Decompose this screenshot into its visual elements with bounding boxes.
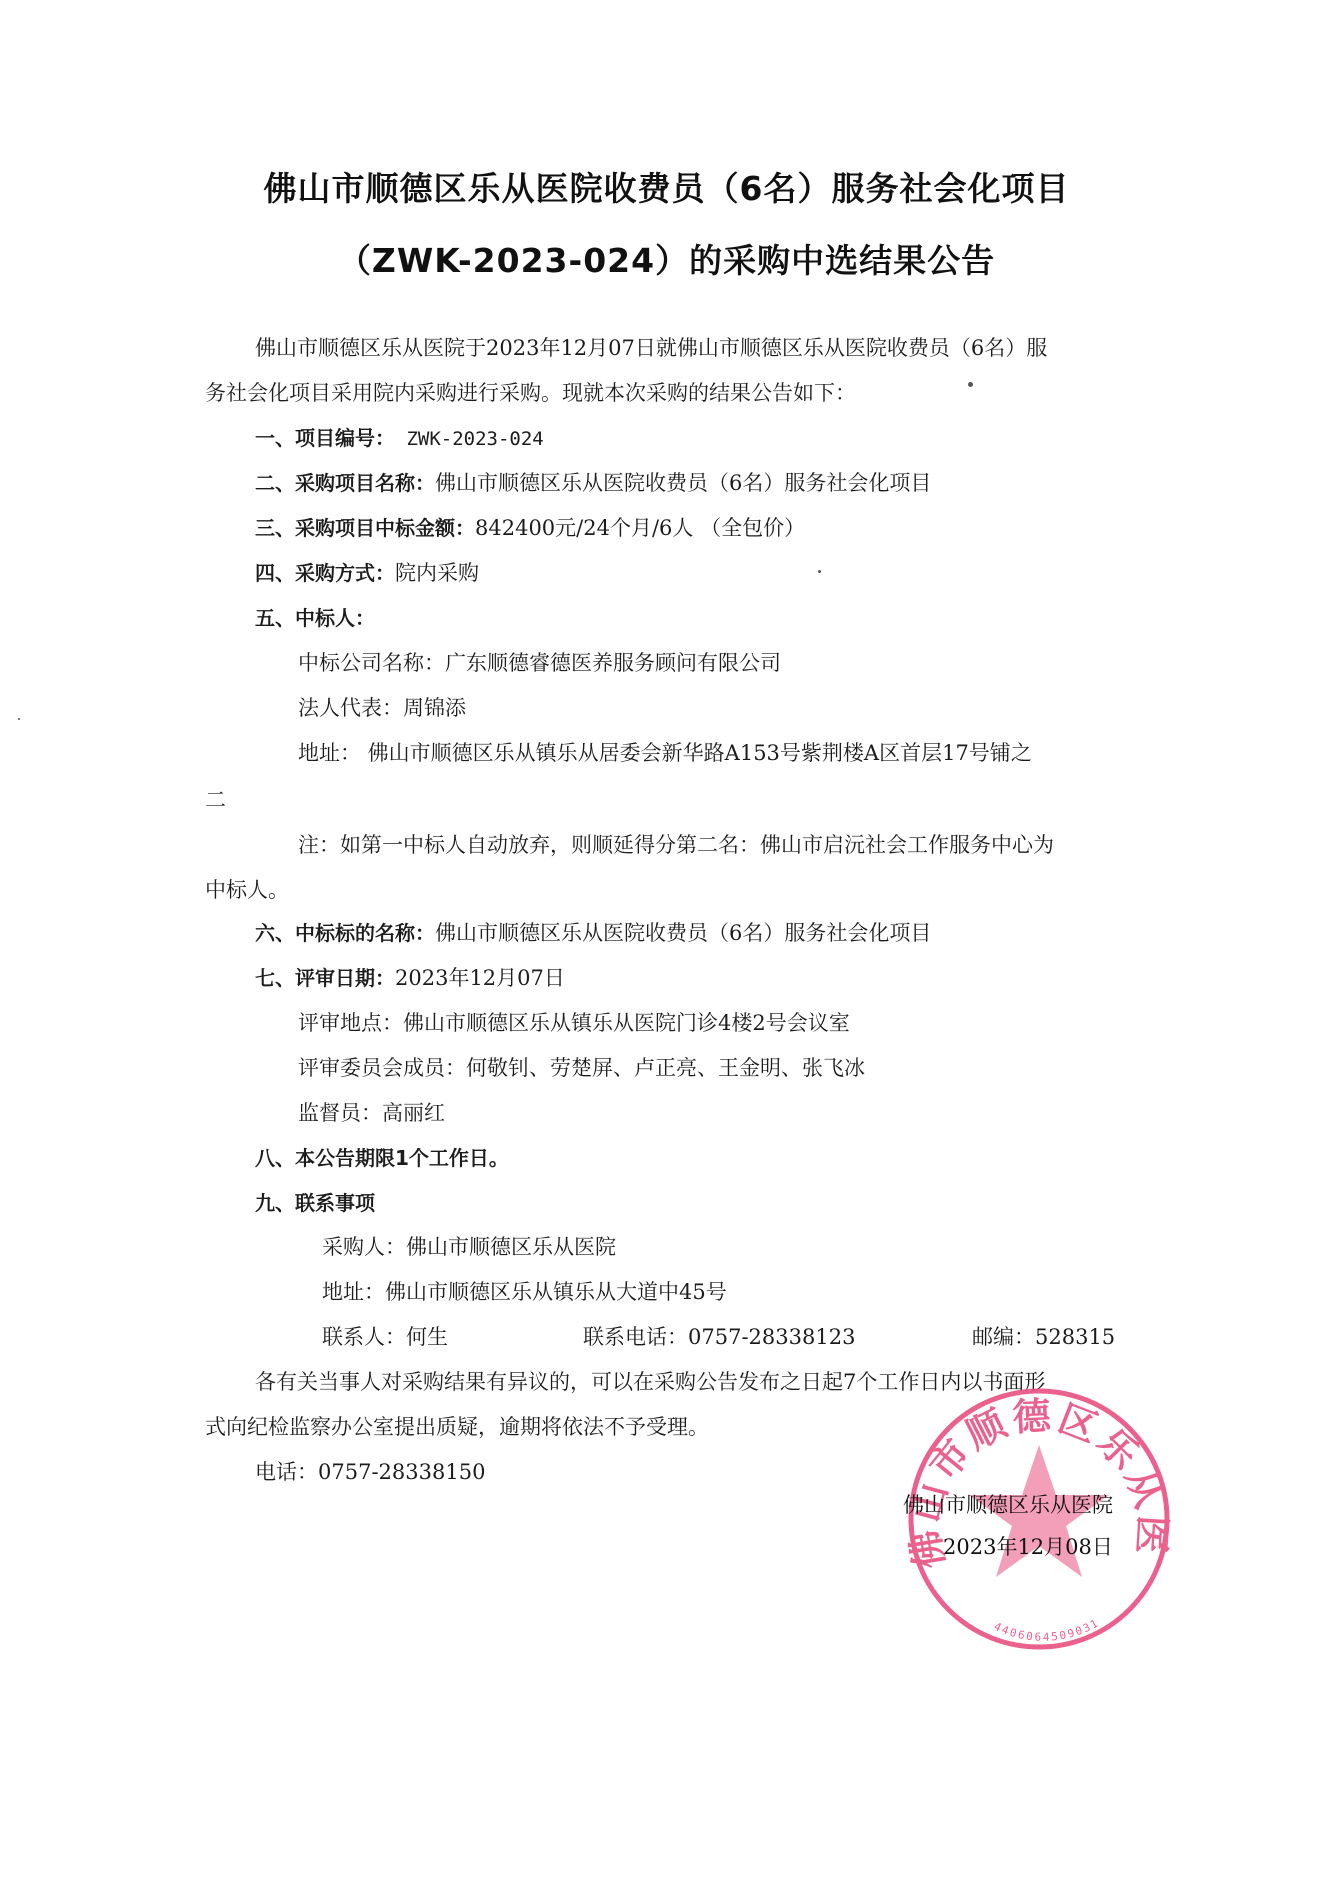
section-project-number: 一、项目编号： ZWK-2023-024 [255, 423, 544, 454]
project-name: 佛山市顺德区乐从医院收费员（6名）服务社会化项目 [435, 471, 931, 495]
scan-speck [18, 718, 20, 720]
section-label: 五、中标人： [255, 606, 375, 630]
section-notice-period: 八、本公告期限1个工作日。 [255, 1143, 509, 1173]
contact-phone: 联系电话：0757-28338123 [583, 1322, 855, 1352]
section-label: 六、中标标的名称： [255, 921, 435, 945]
complaint-phone: 电话：0757-28338150 [255, 1457, 485, 1487]
review-committee: 评审委员会成员：何敬钊、劳楚屏、卢正亮、王金明、张飞冰 [298, 1053, 865, 1083]
award-amount: 842400元/24个月/6人 （全包价） [475, 516, 805, 540]
section-winner: 五、中标人： [255, 603, 375, 633]
winner-address-line2: 二 [205, 785, 226, 815]
contact-address: 地址：佛山市顺德区乐从镇乐从大道中45号 [322, 1277, 727, 1307]
note-line2: 中标人。 [205, 875, 289, 905]
review-date: 2023年12月07日 [395, 966, 565, 990]
review-supervisor: 监督员：高丽红 [298, 1098, 445, 1128]
award-subject: 佛山市顺德区乐从医院收费员（6名）服务社会化项目 [435, 921, 931, 945]
section-label: 八、本公告期限1个工作日。 [255, 1146, 509, 1170]
winner-company: 中标公司名称：广东顺德睿德医养服务顾问有限公司 [298, 648, 781, 678]
scan-speck [818, 570, 821, 573]
signature-date: 2023年12月08日 [943, 1532, 1113, 1562]
section-review-date: 七、评审日期：2023年12月07日 [255, 963, 565, 993]
section-label: 九、联系事项 [255, 1191, 375, 1215]
contact-person: 联系人：何生 [322, 1322, 448, 1352]
signature-org: 佛山市顺德区乐从医院 [903, 1490, 1113, 1520]
section-procurement-method: 四、采购方式：院内采购 [255, 558, 479, 588]
winner-address-line1: 地址： 佛山市顺德区乐从镇乐从居委会新华路A153号紫荆楼A区首层17号铺之 [298, 738, 1032, 768]
section-project-name: 二、采购项目名称：佛山市顺德区乐从医院收费员（6名）服务社会化项目 [255, 468, 931, 498]
scan-speck [968, 382, 973, 387]
section-label: 一、项目编号： [255, 426, 395, 450]
objection-line2: 式向纪检监察办公室提出质疑，逾期将依法不予受理。 [205, 1412, 709, 1442]
section-label: 二、采购项目名称： [255, 471, 435, 495]
note-line1: 注：如第一中标人自动放弃，则顺延得分第二名：佛山市启沅社会工作服务中心为 [298, 830, 1054, 860]
project-number: ZWK-2023-024 [395, 428, 544, 450]
winner-legal-rep: 法人代表：周锦添 [298, 693, 466, 723]
document-title-line2: （ZWK-2023-024）的采购中选结果公告 [0, 235, 1333, 282]
section-award-amount: 三、采购项目中标金额：842400元/24个月/6人 （全包价） [255, 513, 805, 543]
procurement-method: 院内采购 [395, 561, 479, 585]
intro-line1: 佛山市顺德区乐从医院于2023年12月07日就佛山市顺德区乐从医院收费员（6名）… [255, 333, 1047, 363]
intro-line2: 务社会化项目采用院内采购进行采购。现就本次采购的结果公告如下： [205, 378, 856, 408]
section-label: 七、评审日期： [255, 966, 395, 990]
document-page: 佛山市顺德区乐从医院收费员（6名）服务社会化项目 （ZWK-2023-024）的… [0, 0, 1333, 1886]
section-label: 三、采购项目中标金额： [255, 516, 475, 540]
document-title-line1: 佛山市顺德区乐从医院收费员（6名）服务社会化项目 [0, 163, 1333, 210]
contact-purchaser: 采购人：佛山市顺德区乐从医院 [322, 1232, 616, 1262]
section-award-subject: 六、中标标的名称：佛山市顺德区乐从医院收费员（6名）服务社会化项目 [255, 918, 931, 948]
review-location: 评审地点：佛山市顺德区乐从镇乐从医院门诊4楼2号会议室 [298, 1008, 850, 1038]
section-label: 四、采购方式： [255, 561, 395, 585]
contact-postcode: 邮编：528315 [972, 1322, 1115, 1352]
section-contact: 九、联系事项 [255, 1188, 375, 1218]
